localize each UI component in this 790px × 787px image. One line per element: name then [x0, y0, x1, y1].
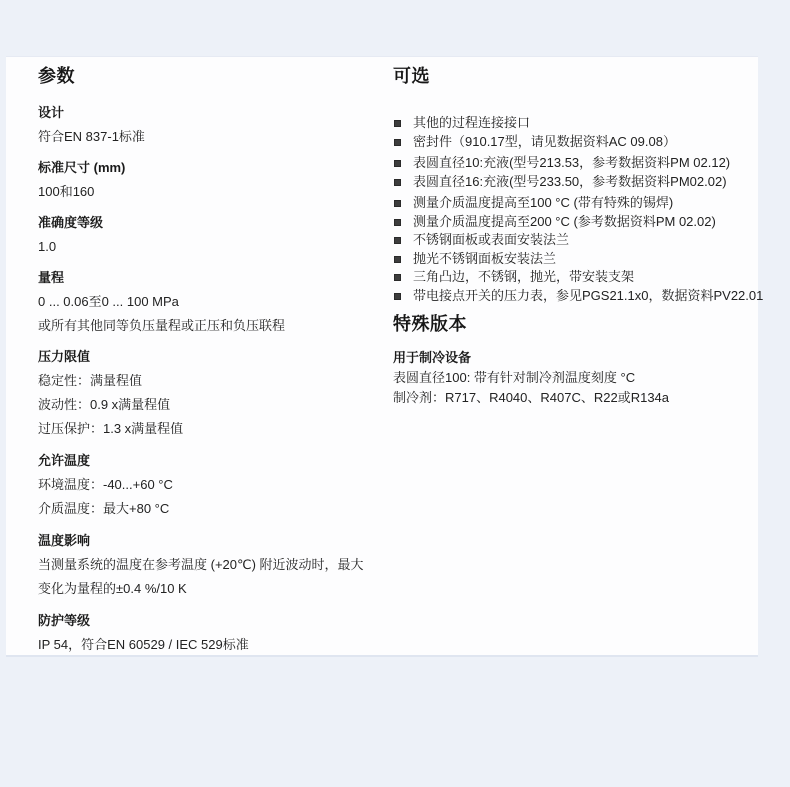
option-text: 密封件（910.17型，请见数据资料AC 09.08） [413, 133, 676, 152]
section-line: 波动性：0.9 x满量程值 [38, 393, 373, 417]
square-bullet-icon [394, 274, 401, 281]
section-label: 允许温度 [38, 449, 373, 473]
section-line: 100和160 [38, 180, 373, 204]
square-bullet-icon [394, 237, 401, 244]
special-line: 制冷剂：R717、R4040、R407C、R22或R134a [393, 388, 758, 408]
square-bullet-icon [394, 219, 401, 226]
section-ingress-protection: 防护等级 IP 54，符合EN 60529 / IEC 529标准 [38, 609, 373, 657]
option-item: 测量介质温度提高至200 °C (参考数据资料PM 02.02) [393, 213, 758, 232]
option-text: 带电接点开关的压力表，参见PGS21.1x0，数据资料PV22.01 [413, 287, 763, 306]
option-item: 带电接点开关的压力表，参见PGS21.1x0，数据资料PV22.01 [393, 287, 758, 306]
special-versions-title: 特殊版本 [393, 313, 758, 335]
section-label: 准确度等级 [38, 211, 373, 235]
square-bullet-icon [394, 139, 401, 146]
section-line: 过压保护：1.3 x满量程值 [38, 417, 373, 441]
section-line: 稳定性：满量程值 [38, 369, 373, 393]
section-label: 标准尺寸 (mm) [38, 156, 373, 180]
section-scale-range: 量程 0 ... 0.06至0 ... 100 MPa 或所有其他同等负压量程或… [38, 266, 373, 338]
section-accuracy-class: 准确度等级 1.0 [38, 211, 373, 259]
section-line: 或所有其他同等负压量程或正压和负压联程 [38, 314, 373, 338]
section-nominal-size: 标准尺寸 (mm) 100和160 [38, 156, 373, 204]
section-design: 设计 符合EN 837-1标准 [38, 101, 373, 149]
section-line: IP 54，符合EN 60529 / IEC 529标准 [38, 633, 373, 657]
option-item: 表圆直径16:充液(型号233.50，参考数据资料PM02.02) [393, 173, 758, 192]
option-text: 三角凸边，不锈钢，抛光，带安装支架 [413, 268, 634, 287]
section-line: 当测量系统的温度在参考温度 (+20℃) 附近波动时，最大 [38, 553, 373, 577]
datasheet-white-page: 参数 设计 符合EN 837-1标准 标准尺寸 (mm) 100和160 准确度… [6, 56, 758, 657]
parameters-column: 参数 设计 符合EN 837-1标准 标准尺寸 (mm) 100和160 准确度… [38, 57, 373, 657]
section-label: 量程 [38, 266, 373, 290]
option-text: 测量介质温度提高至200 °C (参考数据资料PM 02.02) [413, 213, 716, 232]
option-text: 其他的过程连接接口 [413, 114, 530, 133]
options-list: 其他的过程连接接口 密封件（910.17型，请见数据资料AC 09.08） 表圆… [393, 114, 758, 305]
parameters-title: 参数 [38, 65, 373, 87]
section-temperature-effect: 温度影响 当测量系统的温度在参考温度 (+20℃) 附近波动时，最大 变化为量程… [38, 529, 373, 601]
option-text: 测量介质温度提高至100 °C (带有特殊的锡焊) [413, 194, 673, 213]
option-text: 不锈钢面板或表面安装法兰 [413, 231, 569, 250]
special-line: 表圆直径100: 带有针对制冷剂温度刻度 °C [393, 368, 758, 388]
section-line: 0 ... 0.06至0 ... 100 MPa [38, 290, 373, 314]
option-item: 其他的过程连接接口 [393, 114, 758, 133]
square-bullet-icon [394, 160, 401, 167]
option-text: 表圆直径10:充液(型号213.53，参考数据资料PM 02.12) [413, 154, 730, 173]
square-bullet-icon [394, 179, 401, 186]
option-text: 表圆直径16:充液(型号233.50，参考数据资料PM02.02) [413, 173, 727, 192]
option-item: 不锈钢面板或表面安装法兰 [393, 231, 758, 250]
option-item: 表圆直径10:充液(型号213.53，参考数据资料PM 02.12) [393, 154, 758, 173]
refrigeration-label: 用于制冷设备 [393, 348, 758, 368]
options-title: 可选 [393, 65, 758, 87]
datasheet-page-background: 参数 设计 符合EN 837-1标准 标准尺寸 (mm) 100和160 准确度… [0, 0, 790, 787]
section-line: 1.0 [38, 235, 373, 259]
square-bullet-icon [394, 293, 401, 300]
section-label: 温度影响 [38, 529, 373, 553]
option-text: 抛光不锈钢面板安装法兰 [413, 250, 556, 269]
section-line: 环境温度：-40...+60 °C [38, 473, 373, 497]
section-pressure-limitation: 压力限值 稳定性：满量程值 波动性：0.9 x满量程值 过压保护：1.3 x满量… [38, 345, 373, 441]
option-item: 三角凸边，不锈钢，抛光，带安装支架 [393, 268, 758, 287]
square-bullet-icon [394, 200, 401, 207]
section-label: 设计 [38, 101, 373, 125]
section-permissible-temperature: 允许温度 环境温度：-40...+60 °C 介质温度：最大+80 °C [38, 449, 373, 521]
option-item: 测量介质温度提高至100 °C (带有特殊的锡焊) [393, 194, 758, 213]
square-bullet-icon [394, 120, 401, 127]
option-item: 密封件（910.17型，请见数据资料AC 09.08） [393, 133, 758, 152]
spacer [38, 87, 373, 101]
section-line: 符合EN 837-1标准 [38, 125, 373, 149]
section-line: 介质温度：最大+80 °C [38, 497, 373, 521]
section-label: 防护等级 [38, 609, 373, 633]
square-bullet-icon [394, 256, 401, 263]
section-line: 变化为量程的±0.4 %/10 K [38, 577, 373, 601]
section-label: 压力限值 [38, 345, 373, 369]
options-column: 可选 其他的过程连接接口 密封件（910.17型，请见数据资料AC 09.08）… [393, 57, 758, 408]
option-item: 抛光不锈钢面板安装法兰 [393, 250, 758, 269]
